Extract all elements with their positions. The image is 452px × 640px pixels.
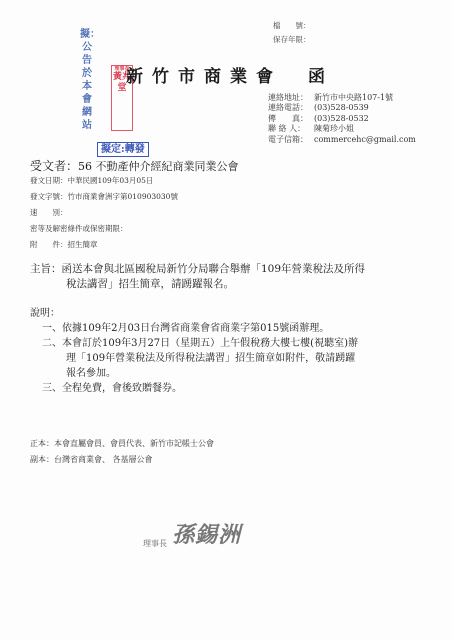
recipient-label: 受文者： xyxy=(30,159,78,173)
signature-role: 理事長 xyxy=(143,539,167,548)
issue-date: 發文日期：中華民國109年03月05日 xyxy=(30,175,153,186)
explanation-item-3: 三、全程免費，會後致贈餐券。 xyxy=(30,381,358,396)
document-title: 新竹市商業會 函 xyxy=(126,62,334,87)
recipient: 受文者：56 不動產仲介經紀商業同業公會 xyxy=(30,157,239,174)
delivery-speed: 速 別： xyxy=(30,207,68,218)
explanation-item-2-line-2: 理「109年營業稅法及所得稅法講習」招生簡章如附件，敬請踴躍 xyxy=(30,351,358,366)
contact-person: 聯 絡 人：陳菊珍小姐 xyxy=(268,124,416,134)
contact-block: 連絡地址：新竹市中央路107-1號 連絡電話：(03)528-0539 傳 真：… xyxy=(268,93,416,145)
copy-recipients: 副本：台灣省商業會、 各基層公會 xyxy=(30,452,214,468)
signature-name: 孫錫洲 xyxy=(172,522,241,548)
retention-period-label: 保存年限： xyxy=(273,35,311,45)
explanation-item-2: 二、本會訂於109年3月27日（星期五）上午假稅務大樓七樓(視聽室)辦 xyxy=(30,336,358,351)
contact-fax: 傳 真：(03)528-0532 xyxy=(268,114,416,124)
contact-phone: 連絡電話：(03)528-0539 xyxy=(268,103,416,113)
copies-block: 正本：本會直屬會員、會員代表、新竹市記帳士公會 副本：台灣省商業會、 各基層公會 xyxy=(30,436,214,468)
subject-block: 主旨：函送本會與北區國稅局新竹分局聯合舉辦「109年營業稅法及所得 稅法講習」招… xyxy=(30,262,365,292)
signature: 理事長 孫錫洲 xyxy=(143,518,241,549)
explanation-item-1: 一、依據109年2月03日台灣省商業會省商業字第015號函辦理。 xyxy=(30,321,358,336)
subject-line-1: 函送本會與北區國稅局新竹分局聯合舉辦「109年營業稅法及所得 xyxy=(62,263,366,275)
explanation-block: 說明： 一、依據109年2月03日台灣省商業會省商業字第015號函辦理。 二、本… xyxy=(30,306,358,396)
attachment: 附 件：招生簡章 xyxy=(30,239,98,250)
explanation-label: 說明： xyxy=(30,306,358,321)
recipient-value: 56 不動產仲介經紀商業同業公會 xyxy=(78,160,239,173)
explanation-item-2-line-3: 報名參加。 xyxy=(30,366,358,381)
approval-stamp-vertical: 擬：公告於本會網站 xyxy=(80,28,94,132)
file-number-label: 檔 號： xyxy=(273,21,311,31)
contact-address: 連絡地址：新竹市中央路107-1號 xyxy=(268,93,416,103)
security-level: 密等及解密條件或保密期限： xyxy=(30,223,128,234)
contact-email: 電子信箱：commercehc@gmail.com xyxy=(268,135,416,145)
approval-stamp-box: 擬定:轉發 xyxy=(97,142,149,157)
subject-line-2: 稅法講習」招生簡章，請踴躍報名。 xyxy=(30,277,365,292)
document-number: 發文字號：竹市商業會洲字第010903030號 xyxy=(30,191,178,202)
original-recipients: 正本：本會直屬會員、會員代表、新竹市記帳士公會 xyxy=(30,436,214,452)
subject-label: 主旨： xyxy=(30,263,62,275)
